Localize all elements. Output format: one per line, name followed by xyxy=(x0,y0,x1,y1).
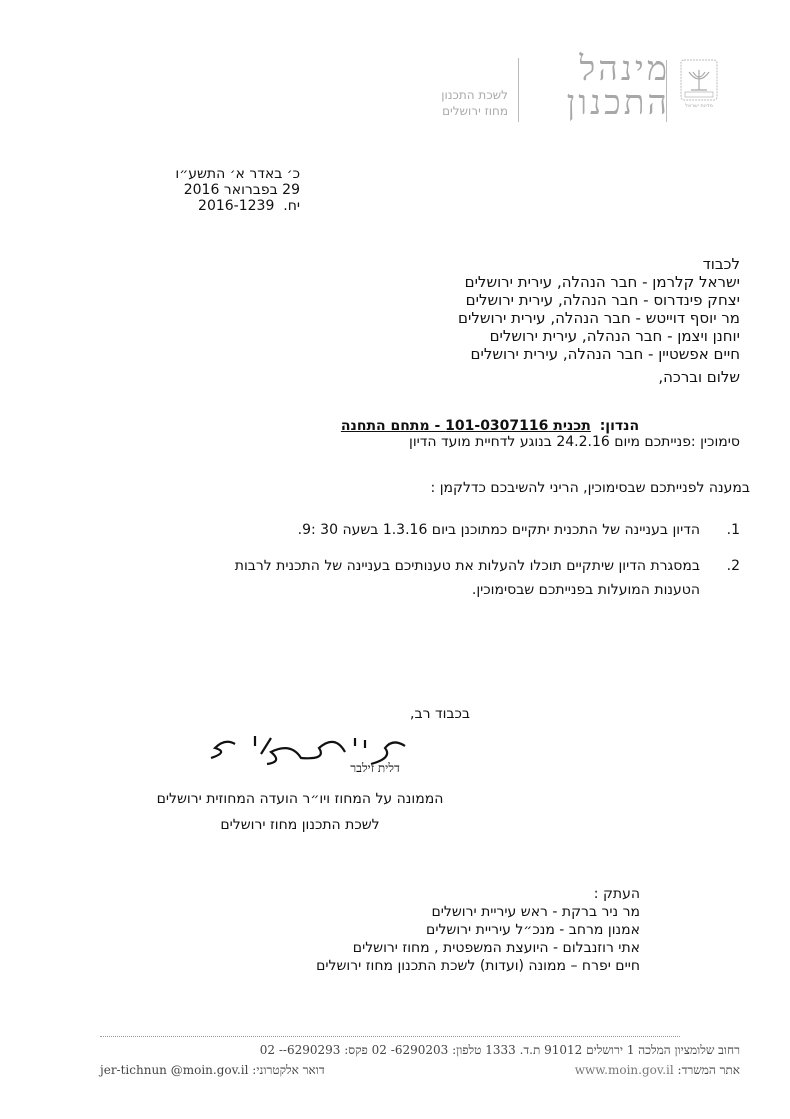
sign-off: בכבוד רב, xyxy=(250,706,470,722)
reference-number: יח. 2016-1239 xyxy=(100,198,300,214)
ref-value: 2016-1239 xyxy=(198,198,274,214)
recipient: ישראל קלרמן - חבר הנהלה, עירית ירושלים xyxy=(360,273,740,291)
signer-role: הממונה על המחוז ויו״ר הועדה המחוזית ירוש… xyxy=(100,786,500,838)
subject-block: הנדון: תכנית 101-0307116 - מתחם התחנה סי… xyxy=(200,418,740,450)
logo-line-1: מינהל xyxy=(520,52,670,86)
cc-recipient: חיים יפרח – ממונה (ועדות) לשכת התכנון מח… xyxy=(300,957,640,975)
cc-recipient: מר ניר ברקת - ראש עיריית ירושלים xyxy=(300,903,640,921)
cc-recipient: אתי רוזנבלום - היועצת המשפטית , מחוז ירו… xyxy=(300,939,640,957)
signature-image: דלית זילבר xyxy=(205,728,455,776)
salutation: לכבוד xyxy=(360,255,740,273)
item-text: במסגרת הדיון שיתקיים תוכלו להעלות את טענ… xyxy=(235,558,700,574)
cc-recipient: אמנון מרחב - מנכ״ל עיריית ירושלים xyxy=(300,921,640,939)
divider xyxy=(518,58,519,122)
svg-text:דלית זילבר: דלית זילבר xyxy=(350,761,400,775)
greeting: שלום וברכה, xyxy=(400,368,740,386)
footer: רחוב שלומציון המלכה 1 ירושלים 91012 ת.ד.… xyxy=(100,1040,740,1080)
subject-line: הנדון: תכנית 101-0307116 - מתחם התחנה xyxy=(200,418,740,434)
footer-contact-row: אתר המשרד: www.moin.gov.il דואר אלקטרוני… xyxy=(100,1060,740,1080)
recipient: חיים אפשטיין - חבר הנהלה, עירית ירושלים xyxy=(360,345,740,363)
svg-text:מדינת ישראל: מדינת ישראל xyxy=(685,103,713,109)
intro-paragraph: במענה לפנייתכם שבסימוכין, הריני להשיבכם … xyxy=(300,480,750,496)
recipients-block: לכבוד ישראל קלרמן - חבר הנהלה, עירית ירו… xyxy=(360,255,740,363)
logo-line-2: התכנון xyxy=(520,86,670,120)
planning-administration-logo: מינהל התכנון xyxy=(520,52,670,120)
list-item: 1.הדיון בעניינה של התכנית יתקיים כמתוכנן… xyxy=(200,518,740,542)
email-label: דואר אלקטרוני: xyxy=(252,1063,324,1077)
recipient: יוחנן ויצמן - חבר הנהלה, עירית ירושלים xyxy=(360,327,740,345)
website[interactable]: אתר המשרד: www.moin.gov.il xyxy=(575,1060,740,1080)
item-text-continued: הטענות המועלות בפנייתכם שבסימוכין. xyxy=(100,578,740,602)
cc-label: העתק : xyxy=(300,885,640,903)
date-block: כ׳ באדר א׳ התשע״ו 29 בפברואר 2016 יח. 20… xyxy=(100,166,300,214)
item-number: 1. xyxy=(700,518,740,542)
hebrew-date: כ׳ באדר א׳ התשע״ו xyxy=(100,166,300,182)
footer-divider xyxy=(100,1036,680,1037)
gregorian-date: 29 בפברואר 2016 xyxy=(100,182,300,198)
cc-block: העתק : מר ניר ברקת - ראש עיריית ירושלים … xyxy=(300,885,640,975)
role-line-2: לשכת התכנון מחוז ירושלים xyxy=(100,812,500,838)
item-number: 2. xyxy=(700,554,740,578)
subject-label: הנדון: xyxy=(600,418,639,434)
website-link[interactable]: www.moin.gov.il xyxy=(575,1063,674,1077)
email-link[interactable]: jer-tichnun @moin.gov.il xyxy=(100,1063,248,1077)
website-label: אתר המשרד: xyxy=(678,1063,740,1077)
subject-reference: סימוכין :פנייתכם מיום 24.2.16 בנוגע לדחי… xyxy=(200,434,740,450)
item-text: הדיון בעניינה של התכנית יתקיים כמתוכנן ב… xyxy=(298,522,700,538)
subject-title: תכנית 101-0307116 - מתחם התחנה xyxy=(341,418,591,434)
role-line-1: הממונה על המחוז ויו״ר הועדה המחוזית ירוש… xyxy=(100,786,500,812)
ref-label: יח. xyxy=(283,198,300,214)
state-emblem-icon: מדינת ישראל xyxy=(677,58,721,114)
footer-address: רחוב שלומציון המלכה 1 ירושלים 91012 ת.ד.… xyxy=(100,1040,740,1060)
recipient: מר יוסף דוייטש - חבר הנהלה, עירית ירושלי… xyxy=(360,309,740,327)
email[interactable]: דואר אלקטרוני: jer-tichnun @moin.gov.il xyxy=(100,1060,325,1080)
recipient: יצחק פינדרוס - חבר הנהלה, עירית ירושלים xyxy=(360,291,740,309)
office-line-2: מחוז ירושלים xyxy=(400,103,508,119)
office-name: לשכת התכנון מחוז ירושלים xyxy=(400,87,508,119)
office-line-1: לשכת התכנון xyxy=(400,87,508,103)
list-item: 2.במסגרת הדיון שיתקיים תוכלו להעלות את ט… xyxy=(100,554,740,602)
